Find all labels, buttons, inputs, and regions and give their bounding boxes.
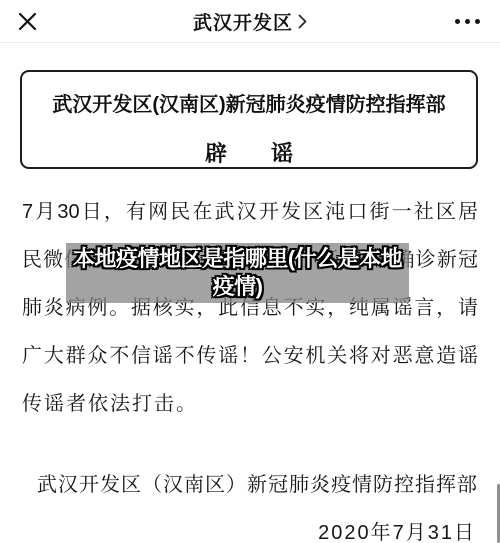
menu-dot bbox=[475, 19, 480, 24]
menu-dot bbox=[465, 19, 470, 24]
account-title-button[interactable]: 武汉开发区 bbox=[0, 0, 500, 42]
signature-date: 2020年7月31日 bbox=[318, 516, 476, 543]
article-line: 广大群众不信谣不传谣！公安机关将对恶意造谣 bbox=[22, 332, 478, 380]
more-menu-icon[interactable] bbox=[455, 0, 480, 42]
notice-title: 武汉开发区(汉南区)新冠肺炎疫情防控指挥部 bbox=[22, 88, 476, 117]
screen: 武汉开发区 武汉开发区(汉南区)新冠肺炎疫情防控指挥部 辟 谣 7月30日，有网… bbox=[0, 0, 500, 543]
caption-line: 本地疫情地区是指哪里(什么是本地 bbox=[73, 245, 402, 273]
signature: 武汉开发区（汉南区）新冠肺炎疫情防控指挥部 bbox=[37, 468, 478, 497]
caption-line: 疫情) bbox=[213, 273, 263, 301]
top-navigation-bar: 武汉开发区 bbox=[0, 0, 500, 43]
caption-overlay: 本地疫情地区是指哪里(什么是本地 疫情) bbox=[66, 243, 409, 303]
article-line: 7月30日，有网民在武汉开发区沌口街一社区居 bbox=[22, 188, 478, 236]
notice-header-box: 武汉开发区(汉南区)新冠肺炎疫情防控指挥部 辟 谣 bbox=[20, 70, 478, 169]
chevron-right-icon bbox=[298, 14, 307, 29]
notice-subtitle: 辟 谣 bbox=[22, 137, 476, 168]
menu-dot bbox=[455, 19, 460, 24]
article-line: 传谣者依法打击。 bbox=[22, 380, 478, 428]
article-body: 7月30日，有网民在武汉开发区沌口街一社区居 民微信群发布信息，称沌口二小区有2… bbox=[22, 188, 478, 428]
page-title: 武汉开发区 bbox=[193, 8, 293, 35]
